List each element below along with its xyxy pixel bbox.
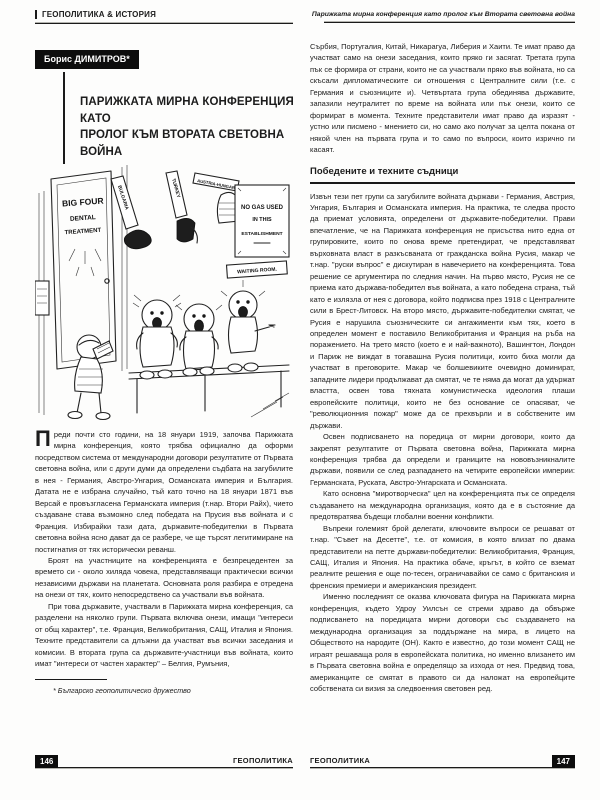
footer-rule-left (35, 767, 293, 769)
crying-figure-turkey (176, 304, 222, 376)
dropcap: П (35, 429, 54, 448)
door-sign-line1: BIG FOUR (62, 196, 104, 209)
footnote: * Българско геополитическо дружество (35, 686, 293, 695)
section-heading: Победените и техните съдници (310, 166, 575, 184)
article-title-line1: ПАРИЖКАТА МИРНА КОНФЕРЕНЦИЯ КАТО (80, 94, 295, 127)
hat-ribbon-austria: AUSTRIA-HUNGARY (193, 173, 240, 223)
paragraph: Като основна "миротворческа" цел на конф… (310, 488, 575, 522)
door-sign-line3: TREATMENT (64, 228, 101, 237)
paragraph: Освен подписването на поредица от мирни … (310, 431, 575, 488)
footnote-rule (35, 679, 107, 681)
journal-spread: ГЕОПОЛИТИКА & ИСТОРИЯ Парижката мирна ко… (0, 0, 600, 800)
paragraph: Въпреки големият брой делегати, ключовит… (310, 523, 575, 592)
footer-brand-right: ГЕОПОЛИТИКА (310, 756, 370, 765)
paragraph: Броят на участниците на конференцията е … (35, 555, 293, 601)
waiting-room-sign: WAITING ROOM. (227, 261, 288, 278)
left-page-body: Преди почти сто години, на 18 януари 191… (35, 429, 293, 695)
paragraph-text: реди почти сто години, на 18 януари 1919… (35, 430, 293, 554)
footer-rule-right (310, 767, 575, 769)
political-cartoon: BIG FOUR DENTAL TREATMENT (35, 163, 293, 423)
paragraph: Сърбия, Португалия, Китай, Никарагуа, Ли… (310, 41, 575, 156)
running-head-rule-left (35, 22, 293, 24)
page-number-left: 146 (35, 755, 58, 768)
leaving-figure (68, 335, 113, 420)
footer-right-page: ГЕОПОЛИТИКА 147 (310, 753, 575, 769)
article-title: ПАРИЖКАТА МИРНА КОНФЕРЕНЦИЯ КАТО ПРОЛОГ … (80, 94, 295, 161)
right-page-body: Сърбия, Португалия, Китай, Никарагуа, Ли… (310, 41, 575, 694)
no-gas-sign: NO GAS USED IN THIS ESTABLISHMENT (235, 185, 289, 257)
section-running-title: ГЕОПОЛИТИКА & ИСТОРИЯ (35, 10, 293, 19)
gas-sign-line2: IN THIS (252, 217, 272, 223)
crying-figure-bulgaria (133, 295, 181, 379)
hat-ribbon-bulgaria: BULGARIA (111, 176, 151, 249)
footer-brand-left: ГЕОПОЛИТИКА (233, 756, 293, 765)
left-wall-sign (35, 281, 49, 315)
page-number-right: 147 (552, 755, 575, 768)
door-sign-line2: DENTAL (70, 214, 96, 223)
footer-left-page: 146 ГЕОПОЛИТИКА (35, 753, 293, 769)
gas-sign-line3: ESTABLISHMENT (241, 231, 282, 237)
running-head-rule-right (324, 21, 575, 23)
title-vertical-rule (63, 72, 65, 164)
gas-sign-line1: NO GAS USED (241, 205, 284, 211)
author-name-box: Борис ДИМИТРОВ* (35, 50, 139, 69)
paragraph: При това държавите, участвали в Парижкат… (35, 601, 293, 670)
paragraph: Преди почти сто години, на 18 януари 191… (35, 429, 293, 555)
article-running-title: Парижката мирна конференция като пролог … (310, 11, 575, 18)
running-head-right: Парижката мирна конференция като пролог … (310, 11, 575, 23)
political-cartoon-figure: BIG FOUR DENTAL TREATMENT (35, 163, 293, 423)
crying-figure-austria (221, 280, 275, 372)
paragraph: Именно последният се оказва ключовата фи… (310, 591, 575, 694)
article-title-line2: ПРОЛОГ КЪМ ВТОРАТА СВЕТОВНА ВОЙНА (80, 127, 295, 160)
running-head-left: ГЕОПОЛИТИКА & ИСТОРИЯ (35, 10, 293, 24)
paragraph: Извън тези пет групи са загубилите война… (310, 191, 575, 432)
